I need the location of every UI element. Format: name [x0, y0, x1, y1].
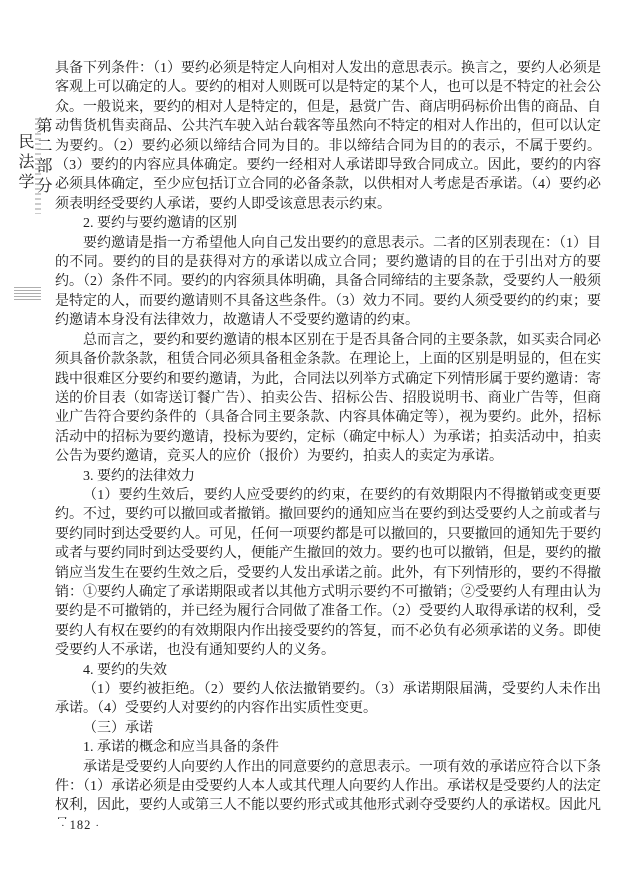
page-number: ·182·	[57, 818, 104, 833]
sidebar-small-print-decoration	[14, 287, 41, 300]
section-heading: 3. 要约的法律效力	[55, 467, 601, 486]
footer-dot-right: ·	[95, 820, 100, 832]
sidebar-pinyin-text-decoration	[35, 118, 41, 214]
chapter-tab: 第二部分 民法学	[14, 117, 44, 289]
section-heading: 1. 承诺的概念和应当具备的条件	[55, 738, 601, 757]
chapter-tab-title: 第二部分 民法学	[15, 117, 51, 289]
paragraph: 具备下列条件：（1）要约必须是特定人向相对人发出的意思表示。换言之，要约人必须是…	[55, 59, 601, 214]
paragraph: 要约邀请是指一方希望他人向自己发出要约的意思表示。二者的区别表现在：（1）目的不…	[55, 234, 601, 331]
page-number-value: 182	[70, 818, 92, 832]
body-text: 具备下列条件：（1）要约必须是特定人向相对人发出的意思表示。换言之，要约人必须是…	[55, 59, 601, 819]
section-heading: 2. 要约与要约邀请的区别	[55, 214, 601, 233]
footer-dot-left: ·	[61, 820, 66, 832]
subject-label: 民法学	[15, 133, 33, 289]
paragraph: 总而言之，要约和要约邀请的根本区别在于是否具备合同的主要条款，如买卖合同必须具备…	[55, 331, 601, 467]
section-heading: （三）承诺	[55, 719, 601, 738]
book-page: 第二部分 民法学 具备下列条件：（1）要约必须是特定人向相对人发出的意思表示。换…	[0, 0, 640, 876]
paragraph: （1）要约被拒绝。（2）要约人依法撤销要约。（3）承诺期限届满，受要约人未作出承…	[55, 680, 601, 719]
section-heading: 4. 要约的失效	[55, 661, 601, 680]
paragraph: （1）要约生效后，要约人应受要约的约束，在要约的有效期限内不得撤销或变更要约。不…	[55, 486, 601, 661]
paragraph: 承诺是受要约人向要约人作出的同意要约的意思表示。一项有效的承诺应符合以下条件：（…	[55, 758, 601, 819]
